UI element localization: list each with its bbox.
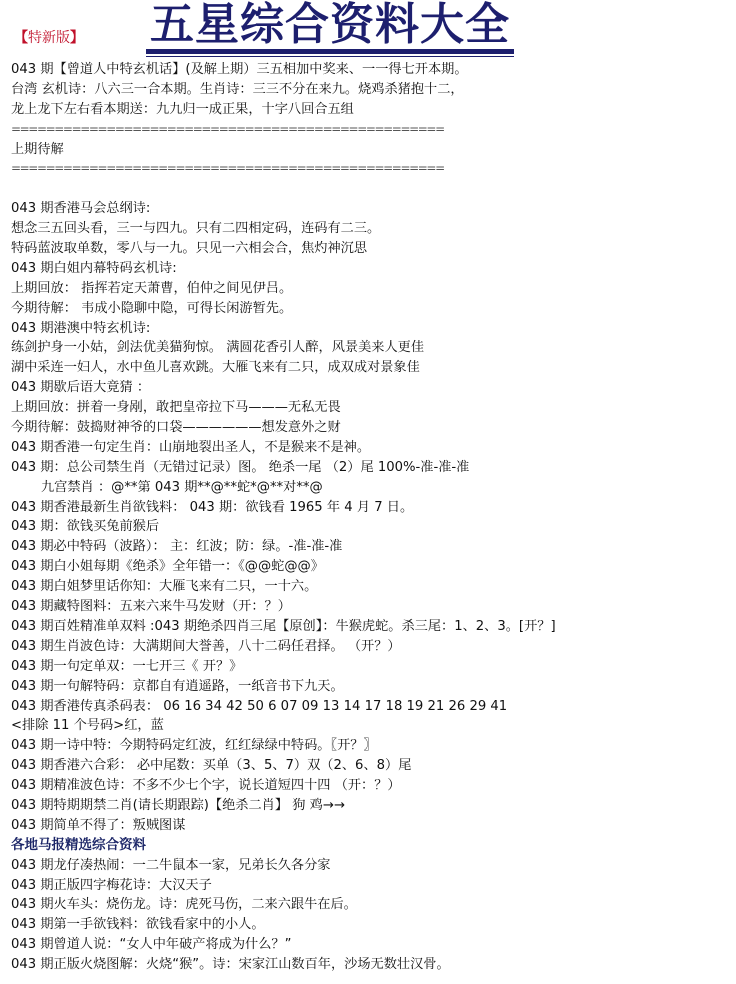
text-line: 043 期一句解特码：京都自有逍遥路，一纸音书下九天。: [11, 677, 731, 697]
title-underline-thin: [146, 56, 514, 57]
text-line: 043 期藏特图料：五来六来牛马发财（开：？）: [11, 597, 731, 617]
text-line: 043 期白姐内幕特码玄机诗:: [11, 259, 731, 279]
badge-bracket-left: 【: [14, 30, 28, 46]
text-line: 练剑护身一小姑，剑法优美猫狗惊。 满圆花香引人醉，风景美来人更佳: [11, 338, 731, 358]
text-line: 043 期歇后语大竟猜 ：: [11, 378, 731, 398]
text-line: 043 期曾道人说：“女人中年破产将成为什么？”: [11, 935, 731, 955]
text-line: 043 期龙仔凑热闹：一二牛鼠本一家，兄弟长久各分家: [11, 856, 731, 876]
edition-badge: 【特新版】: [14, 27, 84, 47]
text-line: 043 期一句定单双：一七开三《 开？》: [11, 657, 731, 677]
text-line: 043 期生肖波色诗：大满期间大誉善，八十二码任君择。 （开？）: [11, 637, 731, 657]
text-line: <排除 11 个号码>红，蓝: [11, 716, 731, 736]
text-line: 043 期特期期禁二肖(请长期跟踪)【绝杀二肖】 狗 鸡→→: [11, 796, 731, 816]
text-line: 043 期白小姐每期《绝杀》全年错一：《@@蛇@@》: [11, 557, 731, 577]
text-line: 043 期一诗中特：今期特码定红波，红红绿绿中特码。〖开？〗: [11, 736, 731, 756]
text-line: 043 期香港传真杀码表： 06 16 34 42 50 6 07 09 13 …: [11, 697, 731, 717]
text-line: 湖中采连一妇人，水中鱼儿喜欢跳。大雁飞来有二只，成双成对景象佳: [11, 358, 731, 378]
separator-line: ========================================…: [11, 159, 731, 179]
text-line: 043 期正版火烧图解：火烧“猴”。诗：宋家江山数百年，沙场无数壮汉骨。: [11, 955, 731, 975]
separator-line: ========================================…: [11, 120, 731, 140]
blank-line: [11, 179, 731, 199]
text-line: 想念三五回头看，三一与四九。只有二四相定码，连码有二三。: [11, 219, 731, 239]
text-line: 今期待解： 韦成小隐聊中隐，可得长闲游暂先。: [11, 299, 731, 319]
section-heading: 各地马报精选综合资料: [11, 836, 731, 856]
text-line: 上期回放： 指挥若定天萧曹，伯仲之间见伊吕。: [11, 279, 731, 299]
text-line: 043 期火车头：烧伤龙。诗：虎死马伤，二来六跟牛在后。: [11, 895, 731, 915]
text-line: 043 期精准波色诗：不多不少七个字，说长道短四十四 （开：？）: [11, 776, 731, 796]
text-line: 上期回放：拼着一身剐，敢把皇帝拉下马———无私无畏: [11, 398, 731, 418]
text-line: 043 期：欲钱买兔前猴后: [11, 517, 731, 537]
text-line: 043 期第一手欲钱料：欲钱看家中的小人。: [11, 915, 731, 935]
text-line: 台湾 玄机诗：八六三一合本期。生肖诗：三三不分在来九。烧鸡杀猪抱十二，: [11, 80, 731, 100]
badge-bracket-right: 】: [70, 30, 84, 46]
text-line: 043 期【曾道人中特玄机话】(及解上期）三五相加中奖来、一一得七开本期。: [11, 60, 731, 80]
page-header: 【特新版】 五星综合资料大全: [0, 0, 736, 58]
text-line: 九宫禁肖 ：@**第 043 期**@**蛇*@**对**@: [11, 478, 731, 498]
text-line: 龙上龙下左右看本期送：九九归一成正果，十字八回合五组: [11, 100, 731, 120]
text-line: 043 期简单不得了：叛贼图谋: [11, 816, 731, 836]
badge-text: 特新版: [28, 30, 70, 46]
document-body: 043 期【曾道人中特玄机话】(及解上期）三五相加中奖来、一一得七开本期。台湾 …: [11, 60, 731, 975]
text-line: 043 期香港马会总纲诗:: [11, 199, 731, 219]
text-line: 043 期白姐梦里话你知：大雁飞来有二只，一十六。: [11, 577, 731, 597]
text-line: 043 期香港六合彩： 必中尾数：买单（3、5、7）双（2、6、8）尾: [11, 756, 731, 776]
text-line: 今期待解：鼓捣财神爷的口袋——————想发意外之财: [11, 418, 731, 438]
page-title: 五星综合资料大全: [146, 2, 514, 48]
title-block: 五星综合资料大全: [146, 2, 514, 57]
text-line: 043 期百姓精准单双料 :043 期绝杀四肖三尾【原创】：牛猴虎蛇。杀三尾：1…: [11, 617, 731, 637]
text-line: 043 期港澳中特玄机诗:: [11, 319, 731, 339]
text-line: 043 期香港一句定生肖：山崩地裂出圣人，不是猴来不是神。: [11, 438, 731, 458]
text-line: 特码蓝波取单数，零八与一九。只见一六相会合，焦灼神沉思: [11, 239, 731, 259]
text-line: 043 期香港最新生肖欲钱料： 043 期：欲钱看 1965 年 4 月 7 日…: [11, 498, 731, 518]
text-line: 043 期必中特码（波路）： 主：红波；防：绿。-准-准-准: [11, 537, 731, 557]
text-line: 上期待解: [11, 140, 731, 160]
text-line: 043 期正版四字梅花诗：大汉天子: [11, 876, 731, 896]
text-line: 043 期：总公司禁生肖（无错过记录）图。 绝杀一尾 （2）尾 100%-准-准…: [11, 458, 731, 478]
